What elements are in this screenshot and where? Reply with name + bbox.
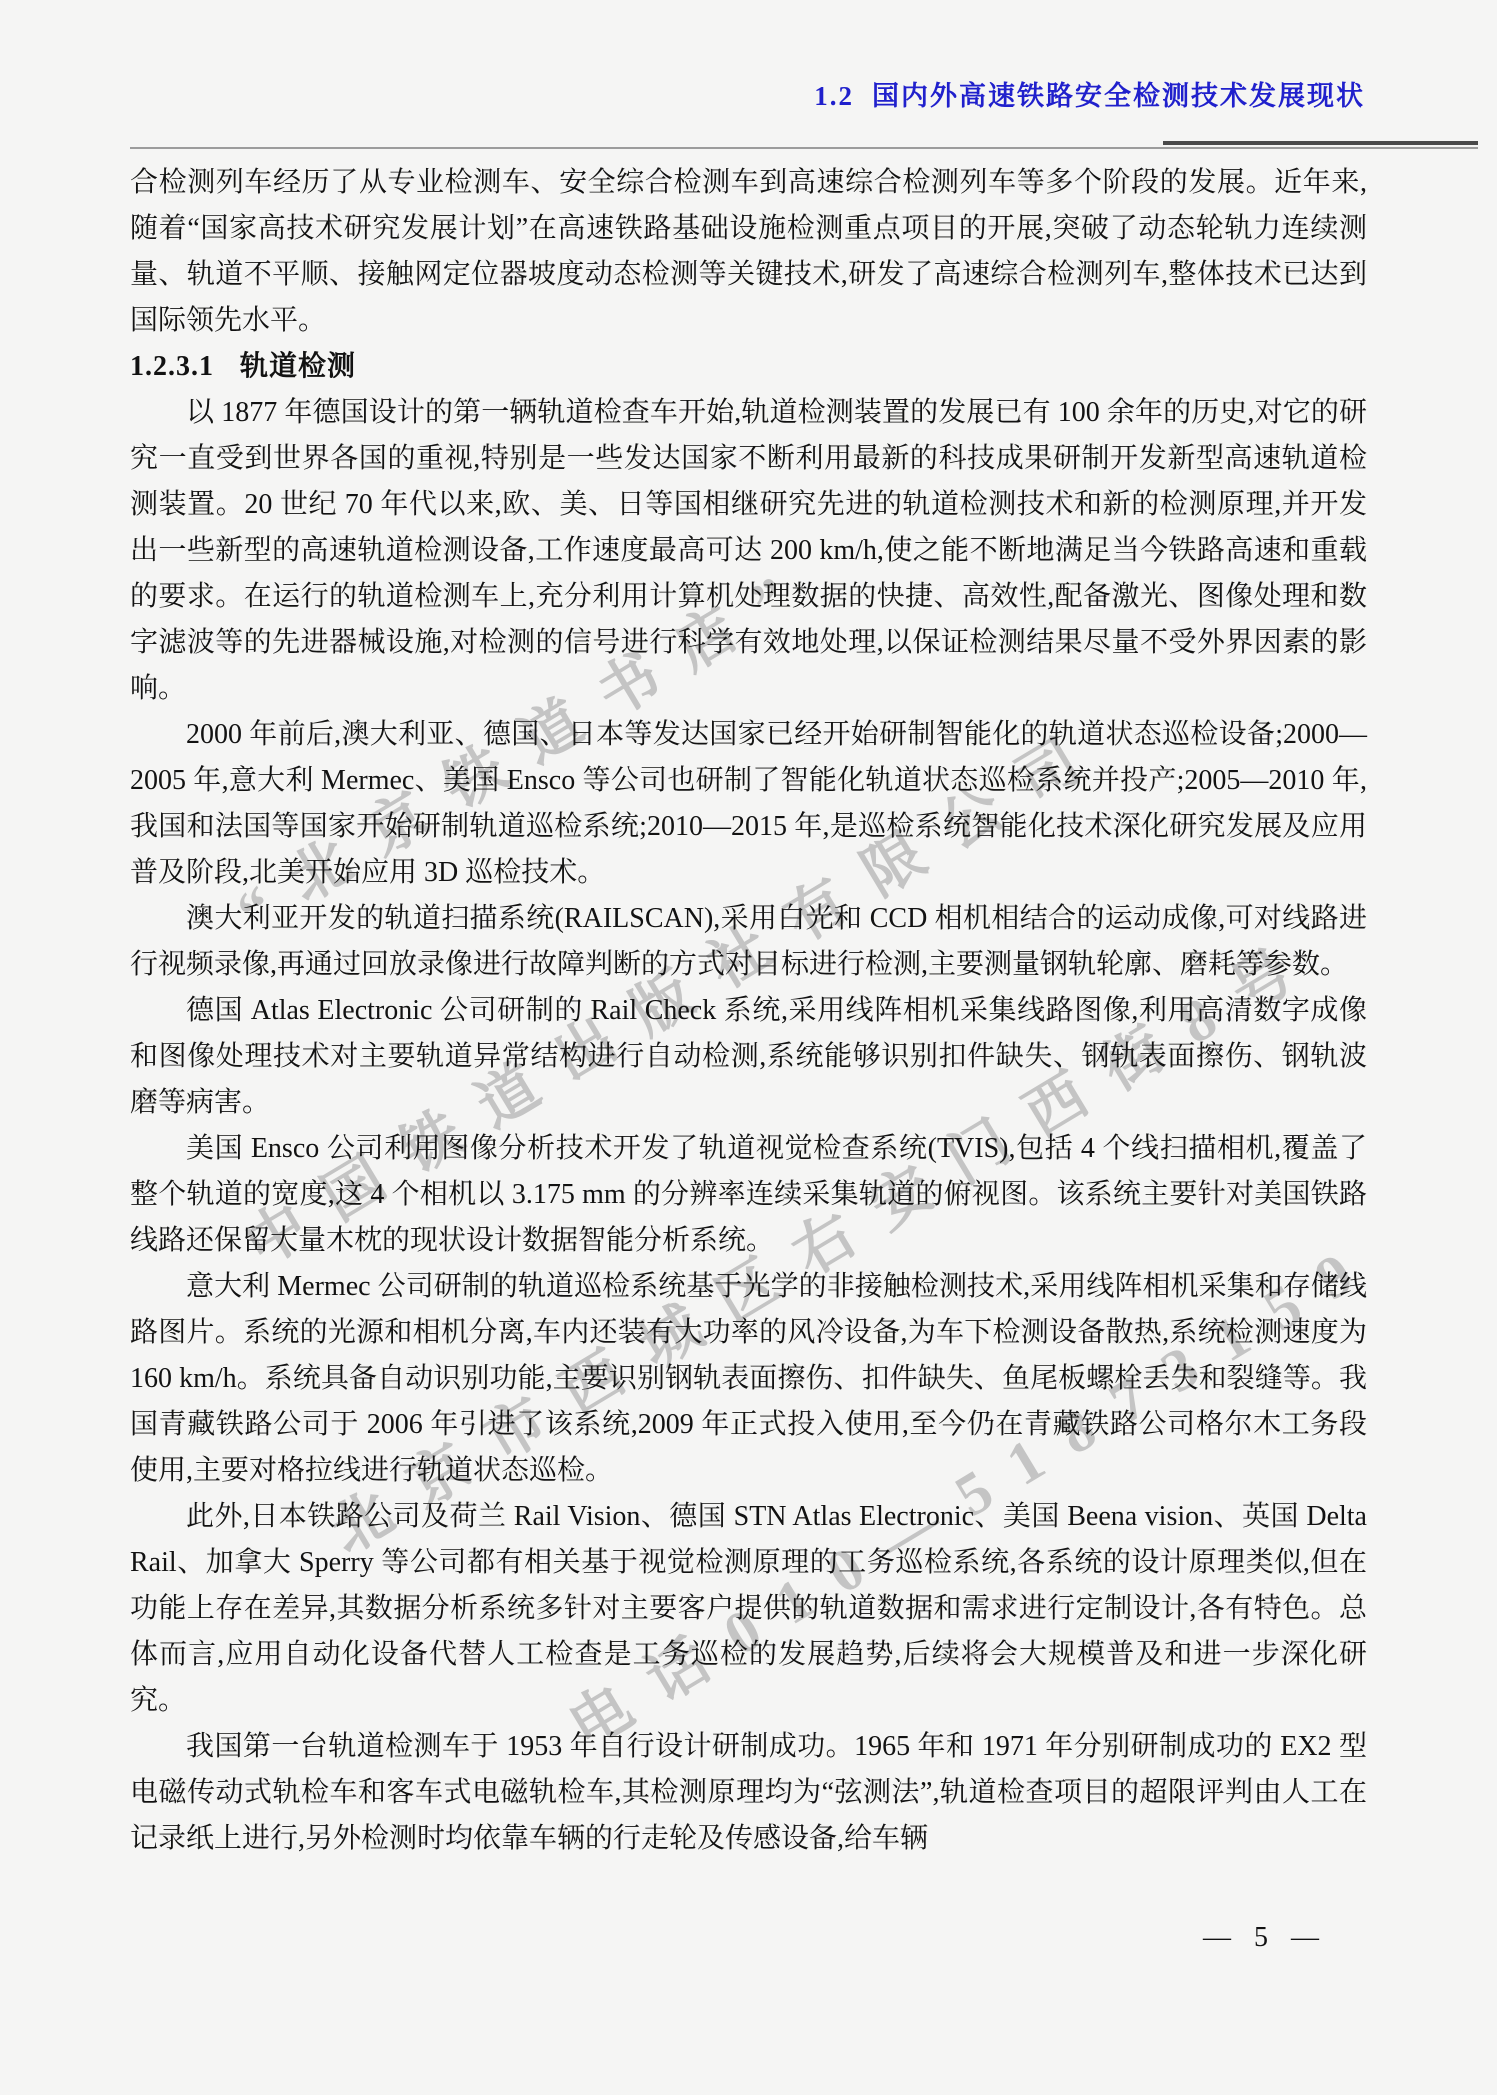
paragraph: 此外,日本铁路公司及荷兰 Rail Vision、德国 STN Atlas El… <box>130 1494 1367 1724</box>
subsection-title: 轨道检测 <box>240 351 356 382</box>
book-page: “北京铁道书店” 中国铁道出版社有限公司 北京市西城区右安门西街8号 电话010… <box>0 0 1497 2095</box>
body-text: 合检测列车经历了从专业检测车、安全综合检测车到高速综合检测列车等多个阶段的发展。… <box>130 160 1367 1862</box>
paragraph: 合检测列车经历了从专业检测车、安全综合检测车到高速综合检测列车等多个阶段的发展。… <box>130 160 1367 344</box>
subsection-heading: 1.2.3.1轨道检测 <box>130 344 1367 390</box>
paragraph: 2000 年前后,澳大利亚、德国、日本等发达国家已经开始研制智能化的轨道状态巡检… <box>130 712 1367 896</box>
running-head: 1.2国内外高速铁路安全检测技术发展现状 <box>130 74 1365 113</box>
subsection-number: 1.2.3.1 <box>130 351 214 382</box>
paragraph: 以 1877 年德国设计的第一辆轨道检查车开始,轨道检测装置的发展已有 100 … <box>130 390 1367 712</box>
header-rule-accent <box>1163 141 1478 145</box>
paragraph: 德国 Atlas Electronic 公司研制的 Rail Check 系统,… <box>130 988 1367 1126</box>
section-title: 国内外高速铁路安全检测技术发展现状 <box>872 81 1365 111</box>
paragraph: 美国 Ensco 公司利用图像分析技术开发了轨道视觉检查系统(TVIS),包括 … <box>130 1126 1367 1264</box>
page-number: — 5 — <box>1203 1922 1327 1954</box>
paragraph: 意大利 Mermec 公司研制的轨道巡检系统基于光学的非接触检测技术,采用线阵相… <box>130 1264 1367 1494</box>
paragraph: 澳大利亚开发的轨道扫描系统(RAILSCAN),采用白光和 CCD 相机相结合的… <box>130 896 1367 988</box>
section-number: 1.2 <box>814 81 854 111</box>
header-rule <box>130 147 1478 149</box>
paragraph: 我国第一台轨道检测车于 1953 年自行设计研制成功。1965 年和 1971 … <box>130 1724 1367 1862</box>
